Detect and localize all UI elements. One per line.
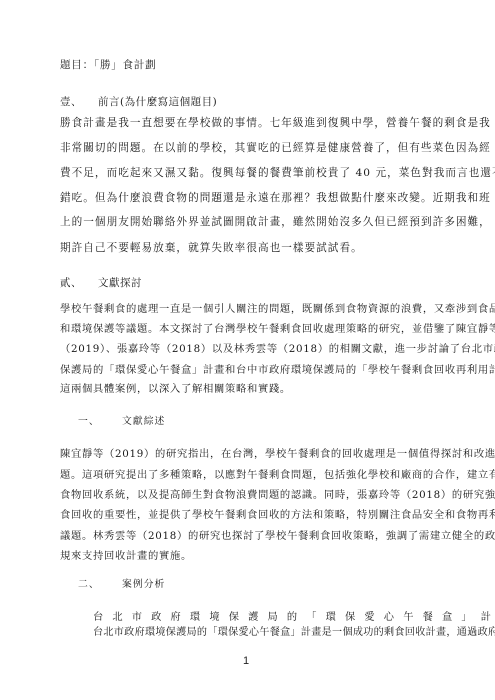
subsection-number: 一、 [78,415,122,429]
paragraph-line: 期許自己不要輕易放棄，就算失敗率很高也一樣要試試看。 [60,241,436,255]
section-title: 文獻探討 [98,277,142,289]
case-title: 台北市政府環境保護局的「環保愛心午餐盒」計畫 [93,611,469,625]
paragraph-line: 題。這項研究提出了多種策略，以應對午餐剩食問題，包括強化學校和廠商的合作，建立有… [60,468,436,482]
subsection-heading-review: 一、文獻綜述 [78,415,454,429]
paragraph-line: 台北市政府環境保護局的「環保愛心午餐盒」計畫是一個成功的剩食回收計畫，通過政府 [93,626,469,640]
paragraph-line: 錯吃。但為什麼浪費食物的問題還是永遠在那裡？我想做點什麼來改變。近期我和班 [60,191,436,205]
document-title: 題目：「勝」食計劃 [60,58,436,72]
paragraph-line: 陳宜靜等（2019）的研究指出，在台灣，學校午餐剩食的回收處理是一個值得探討和改… [60,447,436,461]
paragraph-line: 和環境保護等議題。本文探討了台灣學校午餐剩食回收處理策略的研究，並借鑒了陳宜靜等 [60,322,436,336]
paragraph-line: 上的一個朋友開始聯絡外界並試圖開啟計畫，雖然開始沒多久但已經預到許多困難， [60,215,436,229]
paragraph-line: 這兩個具體案例，以深入了解相關策略和實踐。 [60,382,436,396]
paragraph-line: 議題。林秀雲等（2018）的研究也探討了學校午餐剩食回收策略，強調了需建立健全的… [60,529,436,543]
paragraph-line: 食物回收系統，以及提高師生對食物浪費問題的認識。同時，張嘉玲等（2018）的研究… [60,488,436,502]
subsection-title: 文獻綜述 [122,416,165,427]
section-heading-literature: 貳、文獻探討 [60,276,436,290]
document-page: 題目：「勝」食計劃 壹、前言(為什麼寫這個題目) 勝食計畫是我一直想要在學校做的… [0,0,495,700]
section-number: 貳、 [60,276,98,290]
paragraph-line: 費不足，而吃起來又濕又黏。復興每餐的餐費筆前校貴了 40 元，菜色對我而言也還不 [60,166,436,180]
section-number: 壹、 [60,95,98,109]
paragraph-line: 勝食計畫是我一直想要在學校做的事情。七年級進到復興中學，營養午餐的剩食是我 [60,116,436,130]
subsection-number: 二、 [78,578,122,592]
section-heading-preface: 壹、前言(為什麼寫這個題目) [60,95,436,109]
subsection-heading-case-study: 二、案例分析 [78,578,454,592]
paragraph-line: 學校午餐剩食的處理一直是一個引人關注的問題，既關係到食物資源的浪費，又牽涉到食品… [60,302,436,316]
paragraph-line: 保護局的「環保愛心午餐盒」計畫和台中市政府環境保護局的「學校午餐剩食回收再利用計… [60,363,436,377]
paragraph-line: （2019）、張嘉玲等（2018）以及林秀雲等（2018）的相關文獻，進一步討論… [60,342,436,356]
paragraph-line: 規來支持回收計畫的實施。 [60,549,436,563]
paragraph-line: 非常關切的問題。在以前的學校，其實吃的已經算是健康營養了，但有些菜色因為經 [60,141,436,155]
section-title: 前言(為什麼寫這個題目) [98,96,217,108]
page-number: 1 [243,655,249,667]
subsection-title: 案例分析 [122,579,165,590]
paragraph-line: 食回收的重要性，並提供了學校午餐剩食回收的方法和策略，特別關注食品安全和食物再利… [60,508,436,522]
